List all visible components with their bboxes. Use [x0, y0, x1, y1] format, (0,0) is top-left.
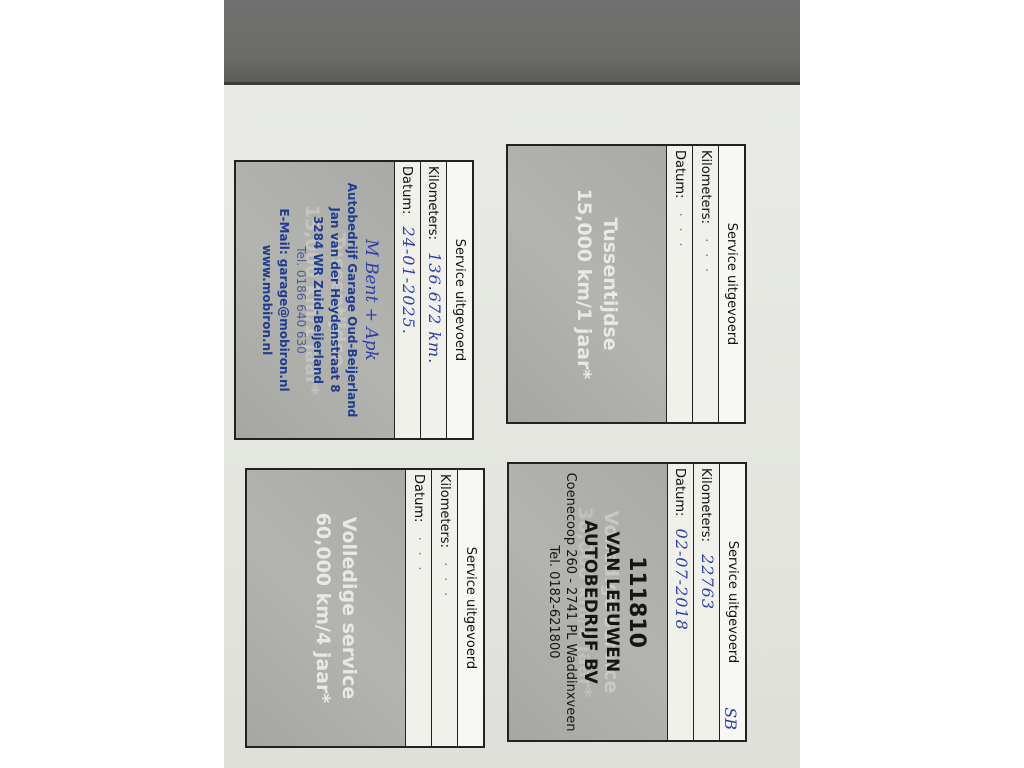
kilometers-value: 22763 — [698, 554, 717, 610]
booklet-cover — [224, 0, 800, 85]
watermark-title: Tussentijdse — [598, 146, 622, 422]
kilometers-label: Kilometers: — [693, 468, 717, 542]
kilometers-row: Kilometers: · · · — [692, 146, 718, 422]
service-panel: Volledige service 60,000 km/4 jaar* — [247, 470, 405, 746]
kilometers-value: 136.672 km. — [425, 252, 444, 364]
date-label: Datum: — [406, 474, 430, 522]
date-value: 24-01-2025. — [399, 227, 418, 335]
stamp-line: E-Mail: garage@mobiron.nl — [275, 162, 292, 438]
kilometers-row: Kilometers: 22763 — [693, 464, 719, 740]
service-box-bottom-right: Service uitgevoerd SB Kilometers: 22763 … — [507, 462, 747, 742]
stamp-company-name: VAN LEEUWEN AUTOBEDRIJF BV — [579, 464, 623, 740]
service-panel: Tussentijdse 15,000 km/1 jaar* M Bent + … — [236, 162, 394, 438]
erased-kilometers: · · · — [698, 238, 714, 275]
service-title: Service uitgevoerd — [457, 470, 483, 746]
date-label: Datum: — [394, 166, 418, 214]
service-box-top-left: Service uitgevoerd Kilometers: 136.672 k… — [234, 160, 474, 440]
date-label: Datum: — [667, 468, 691, 516]
date-label: Datum: — [667, 150, 691, 198]
kilometers-label: Kilometers: — [420, 166, 444, 240]
watermark-interval: 60,000 km/4 jaar* — [311, 470, 335, 746]
date-row: Datum: · · · — [666, 146, 692, 422]
service-box-bottom-left: Service uitgevoerd Kilometers: · · · Dat… — [245, 468, 485, 748]
stamp-number: 111810 — [623, 464, 649, 740]
handwritten-signature: M Bent + Apk — [360, 162, 382, 438]
service-title-text: Service uitgevoerd — [725, 541, 740, 663]
date-row: Datum: 24-01-2025. — [394, 162, 420, 438]
erased-date: · · · — [672, 213, 688, 250]
date-row: Datum: 02-07-2018 — [667, 464, 693, 740]
watermark-title: Volledige service — [337, 470, 361, 746]
stamp-line: www.mobiron.nl — [258, 162, 275, 438]
service-panel: Volledige service 30,000 km/2 jaar* 1118… — [509, 464, 667, 740]
stamp-line: Jan van der Heydenstraat 8 — [326, 162, 343, 438]
booklet-photo: Service uitgevoerd Kilometers: 136.672 k… — [224, 0, 800, 768]
service-title: Service uitgevoerd — [718, 146, 744, 422]
kilometers-row: Kilometers: 136.672 km. — [420, 162, 446, 438]
initials-signature: SB — [717, 707, 743, 730]
garage-stamp-blue: M Bent + Apk Autobedrijf Garage Oud-Beij… — [258, 162, 382, 438]
stamp-line: 3284 WR Zuid-Beijerland — [309, 162, 326, 438]
erased-date: · · · — [411, 537, 427, 574]
date-row: Datum: · · · — [405, 470, 431, 746]
service-title: Service uitgevoerd SB — [719, 464, 745, 740]
service-box-top-right: Service uitgevoerd Kilometers: · · · Dat… — [506, 144, 746, 424]
garage-stamp-black: 111810 VAN LEEUWEN AUTOBEDRIJF BV Coenec… — [545, 464, 649, 740]
erased-kilometers: · · · — [437, 562, 453, 599]
date-value: 02-07-2018 — [672, 529, 691, 631]
stamp-line: Tel. 0182-621800 — [545, 464, 562, 740]
stamp-line: Autobedrijf Garage Oud-Beijerland — [343, 162, 360, 438]
service-title: Service uitgevoerd — [446, 162, 472, 438]
kilometers-label: Kilometers: — [693, 150, 717, 224]
watermark-interval: 15,000 km/1 jaar* — [572, 146, 596, 422]
kilometers-row: Kilometers: · · · — [431, 470, 457, 746]
stamp-line: Tel. 0186 640 630 — [292, 162, 309, 438]
kilometers-label: Kilometers: — [432, 474, 456, 548]
service-panel: Tussentijdse 15,000 km/1 jaar* — [508, 146, 666, 422]
stamp-line: Coenecoop 260 - 2741 PL Waddinxveen — [562, 464, 579, 740]
